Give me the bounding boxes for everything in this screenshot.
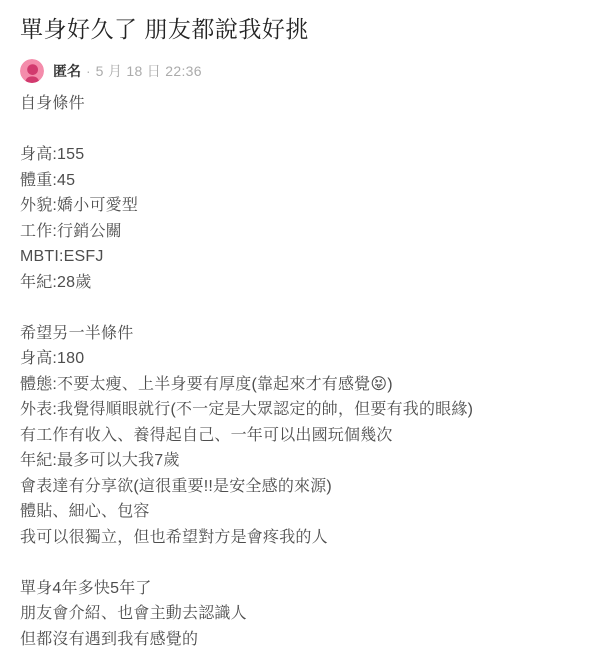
- body-line: 會表達有分享欲(這很重要!!是安全感的來源): [20, 474, 579, 500]
- body-line: 我可以很獨立，但也希望對方是會疼我的人: [20, 525, 579, 551]
- author-row: 匿名 · 5 月 18 日 22:36: [20, 59, 579, 83]
- body-line: 有工作有收入、養得起自己、一年可以出國玩個幾次: [20, 423, 579, 449]
- body-line: 自身條件: [20, 91, 579, 117]
- body-line: [20, 550, 579, 576]
- body-line: 身高:155: [20, 142, 579, 168]
- post-page: 單身好久了 朋友都說我好挑 匿名 · 5 月 18 日 22:36 自身條件身高…: [0, 0, 599, 657]
- body-line: 朋友會介紹、也會主動去認識人: [20, 601, 579, 627]
- body-line: MBTI:ESFJ: [20, 244, 579, 270]
- meta-separator: ·: [86, 63, 91, 79]
- body-line: 希望另一半條件: [20, 321, 579, 347]
- body-line: [20, 117, 579, 143]
- body-line: 外表:我覺得順眼就行(不一定是大眾認定的帥，但要有我的眼緣): [20, 397, 579, 423]
- author-name: 匿名: [53, 61, 81, 81]
- post-timestamp: 5 月 18 日 22:36: [96, 61, 202, 81]
- body-line: 外貌:嬌小可愛型: [20, 193, 579, 219]
- body-line: 工作:行銷公關: [20, 219, 579, 245]
- anonymous-avatar-icon: [20, 59, 44, 83]
- body-line: 但都沒有遇到我有感覺的: [20, 627, 579, 653]
- post-title: 單身好久了 朋友都說我好挑: [20, 14, 579, 44]
- body-line: 身高:180: [20, 346, 579, 372]
- body-line: 年紀:28歲: [20, 270, 579, 296]
- body-line: [20, 295, 579, 321]
- body-line: 單身4年多快5年了: [20, 576, 579, 602]
- post-body: 自身條件身高:155體重:45外貌:嬌小可愛型工作:行銷公關MBTI:ESFJ年…: [20, 91, 579, 652]
- body-line: 體貼、細心、包容: [20, 499, 579, 525]
- body-line: 年紀:最多可以大我7歲: [20, 448, 579, 474]
- body-line: 體態:不要太瘦、上半身要有厚度(靠起來才有感覺😝): [20, 372, 579, 398]
- body-line: 體重:45: [20, 168, 579, 194]
